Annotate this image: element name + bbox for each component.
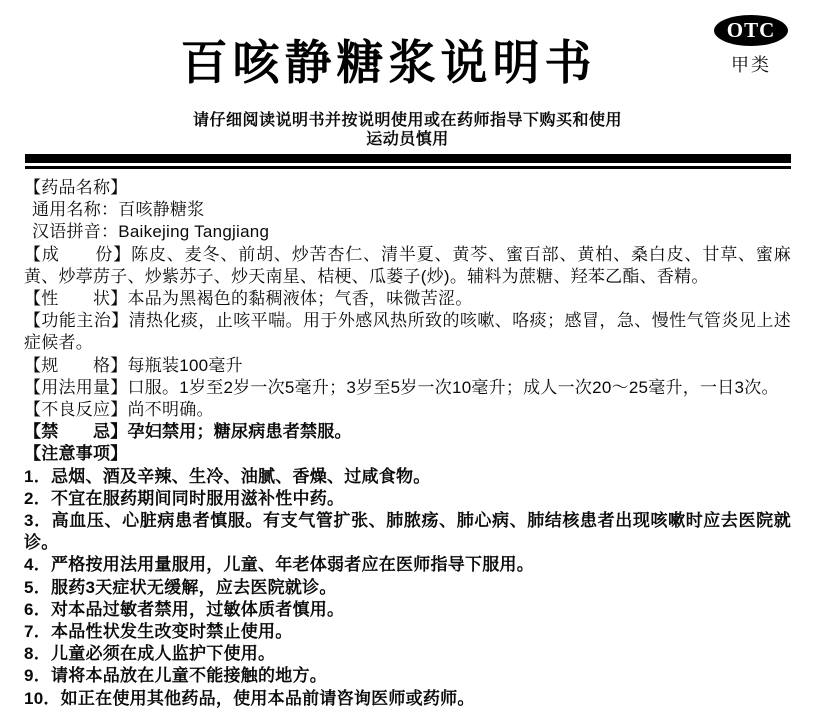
precaution-item-6: 6．对本品过敏者禁用，过敏体质者慎用。 xyxy=(24,599,791,621)
section-composition-label: 【成 份】 xyxy=(24,245,131,264)
section-specification-label: 【规 格】 xyxy=(24,356,128,375)
section-character-text: 本品为黑褐色的黏稠液体；气香，味微苦涩。 xyxy=(128,289,473,308)
section-indications-label: 【功能主治】 xyxy=(24,311,129,330)
section-contraindications-text: 孕妇禁用；糖尿病患者禁服。 xyxy=(128,422,352,441)
otc-badge-label: OTC xyxy=(727,20,776,41)
section-adverse-reactions-label: 【不良反应】 xyxy=(24,400,128,419)
section-specification: 【规 格】每瓶装100毫升 xyxy=(24,355,791,377)
precaution-item-1: 1．忌烟、酒及辛辣、生冷、油腻、香燥、过咸食物。 xyxy=(24,466,791,488)
precaution-item-2: 2．不宜在服药期间同时服用滋补性中药。 xyxy=(24,488,791,510)
page-title: 百咳静糖浆说明书 xyxy=(0,0,815,92)
section-dosage-label: 【用法用量】 xyxy=(24,378,128,397)
precaution-item-4: 4．严格按用法用量服用，儿童、年老体弱者应在医师指导下服用。 xyxy=(24,554,791,576)
section-dosage-text: 口服。1岁至2岁一次5毫升；3岁至5岁一次10毫升；成人一次20～25毫升，一日… xyxy=(128,378,779,397)
section-indications-text: 清热化痰，止咳平喘。用于外感风热所致的咳嗽、咯痰；感冒，急、慢性气管炎见上述症候… xyxy=(24,311,791,352)
section-composition: 【成 份】陈皮、麦冬、前胡、炒苦杏仁、清半夏、黄芩、蜜百部、黄柏、桑白皮、甘草、… xyxy=(24,244,791,288)
drug-pinyin: 汉语拼音：Baikejing Tangjiang xyxy=(24,221,791,243)
section-contraindications-label: 【禁 忌】 xyxy=(24,422,128,441)
leaflet-body: 【药品名称】 通用名称：百咳静糖浆 汉语拼音：Baikejing Tangjia… xyxy=(0,169,815,709)
precaution-item-5: 5．服药3天症状无缓解，应去医院就诊。 xyxy=(24,577,791,599)
section-specification-text: 每瓶装100毫升 xyxy=(128,356,243,375)
drug-generic-name: 通用名称：百咳静糖浆 xyxy=(24,199,791,221)
divider-thick-rule xyxy=(25,154,791,163)
section-character: 【性 状】本品为黑褐色的黏稠液体；气香，味微苦涩。 xyxy=(24,288,791,310)
otc-class-label: 甲类 xyxy=(711,51,791,77)
precaution-item-8: 8．儿童必须在成人监护下使用。 xyxy=(24,643,791,665)
otc-badge-group: OTC 甲类 xyxy=(711,15,791,77)
otc-badge: OTC xyxy=(714,15,788,46)
section-drug-name-label: 【药品名称】 xyxy=(24,177,791,199)
section-composition-text: 陈皮、麦冬、前胡、炒苦杏仁、清半夏、黄芩、蜜百部、黄柏、桑白皮、甘草、蜜麻黄、炒… xyxy=(24,245,791,286)
precaution-item-10: 10．如正在使用其他药品，使用本品前请咨询医师或药师。 xyxy=(24,688,791,709)
section-dosage: 【用法用量】口服。1岁至2岁一次5毫升；3岁至5岁一次10毫升；成人一次20～2… xyxy=(24,377,791,399)
section-character-label: 【性 状】 xyxy=(24,289,128,308)
notice-line-1: 请仔细阅读说明书并按说明使用或在药师指导下购买和使用 xyxy=(0,111,815,130)
precaution-item-7: 7．本品性状发生改变时禁止使用。 xyxy=(24,621,791,643)
section-adverse-reactions: 【不良反应】尚不明确。 xyxy=(24,399,791,421)
section-contraindications: 【禁 忌】孕妇禁用；糖尿病患者禁服。 xyxy=(24,421,791,443)
section-indications: 【功能主治】清热化痰，止咳平喘。用于外感风热所致的咳嗽、咯痰；感冒，急、慢性气管… xyxy=(24,310,791,354)
precaution-item-9: 9．请将本品放在儿童不能接触的地方。 xyxy=(24,665,791,687)
leaflet-page: OTC 甲类 百咳静糖浆说明书 请仔细阅读说明书并按说明使用或在药师指导下购买和… xyxy=(0,0,815,709)
section-precautions-label: 【注意事项】 xyxy=(24,443,791,465)
notice-line-2: 运动员慎用 xyxy=(0,130,815,149)
precaution-item-3: 3．高血压、心脏病患者慎服。有支气管扩张、肺脓疡、肺心病、肺结核患者出现咳嗽时应… xyxy=(24,510,791,554)
header-divider xyxy=(25,154,791,169)
section-adverse-reactions-text: 尚不明确。 xyxy=(128,400,214,419)
